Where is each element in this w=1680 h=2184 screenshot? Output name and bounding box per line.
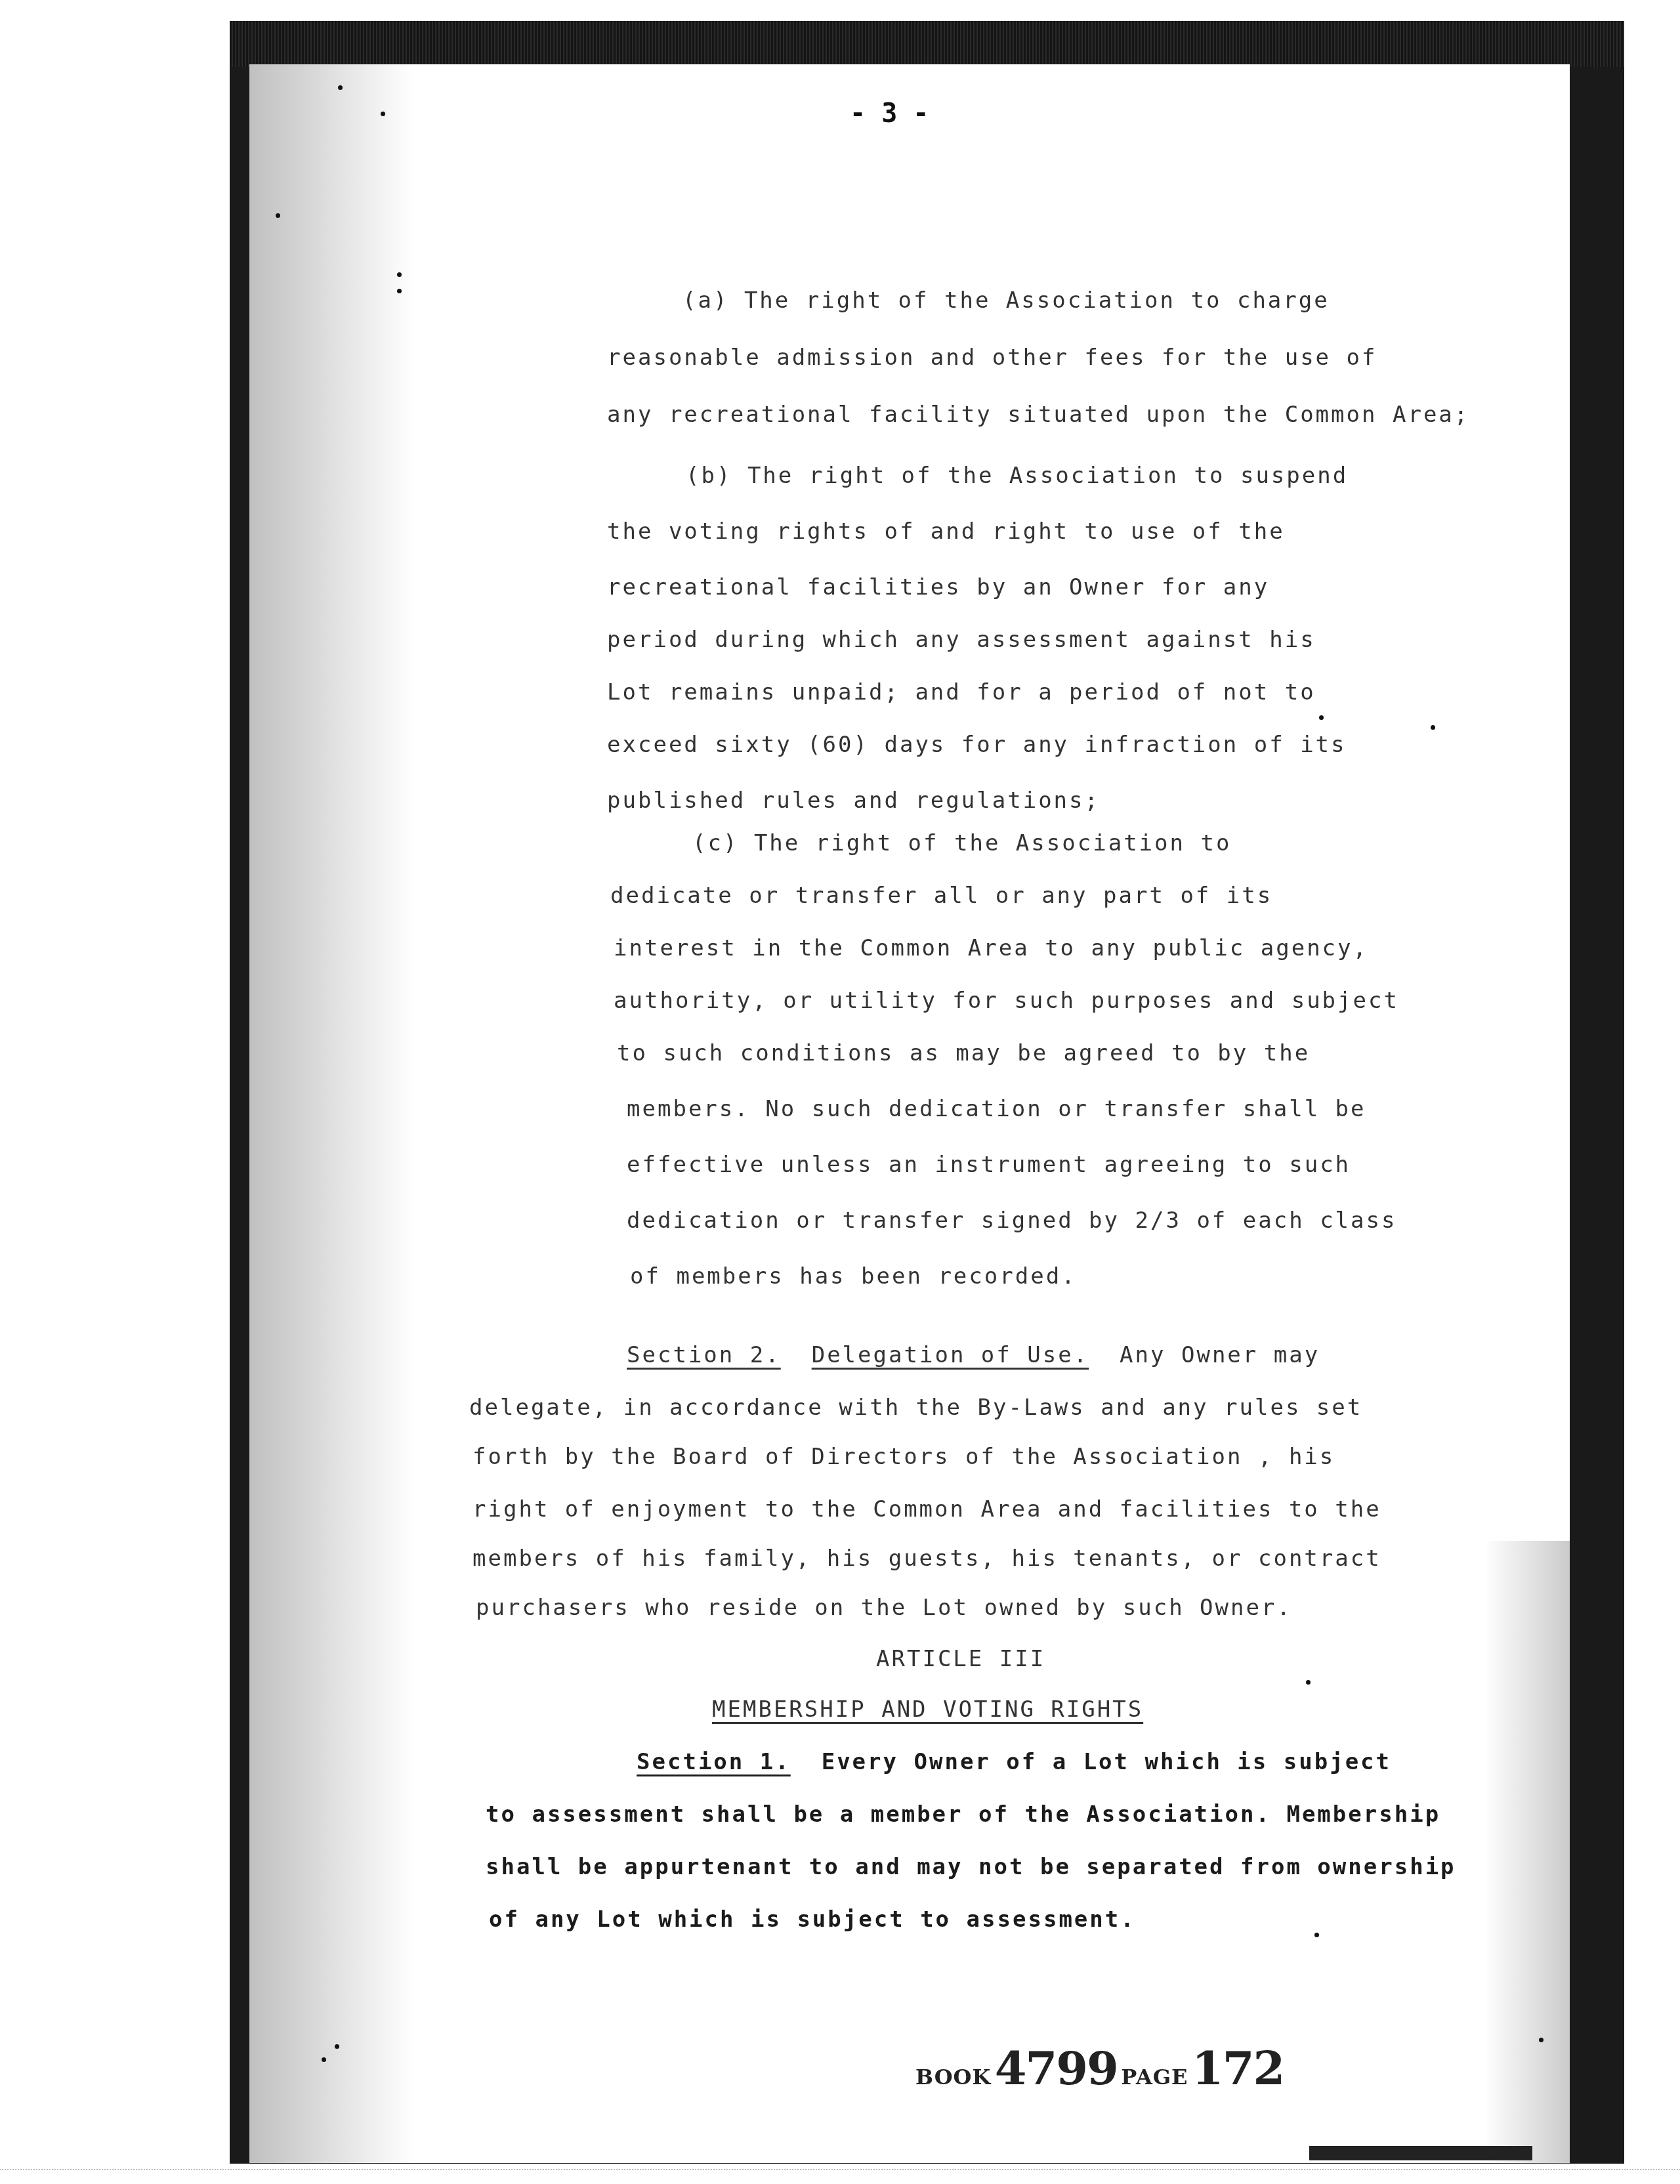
paragraph-c-line: dedicate or transfer all or any part of … (610, 883, 1272, 909)
section-2-label: Section 2. (627, 1342, 781, 1368)
article-section-1-label: Section 1. (637, 1749, 791, 1775)
paragraph-a-line: reasonable admission and other fees for … (607, 345, 1377, 371)
scan-speck (1431, 725, 1435, 730)
scan-speck (276, 213, 280, 218)
section-2-line: purchasers who reside on the Lot owned b… (476, 1595, 1292, 1621)
stamp-page-number: 172 (1192, 2041, 1284, 2095)
article-section-1-heading-line: Section 1. Every Owner of a Lot which is… (637, 1749, 1391, 1775)
paragraph-b-line: the voting rights of and right to use of… (607, 518, 1285, 545)
scan-speck (338, 85, 343, 90)
scan-frame-top-edge (230, 21, 1624, 67)
section-2-title: Delegation of Use. (812, 1342, 1089, 1368)
paragraph-a-line: (a) The right of the Association to char… (682, 287, 1330, 314)
scan-speck (1314, 1933, 1319, 1937)
article-subheading: MEMBERSHIP AND VOTING RIGHTS (712, 1696, 1143, 1723)
section-2-heading-line: Section 2. Delegation of Use. Any Owner … (627, 1342, 1320, 1368)
scan-speck (1319, 715, 1324, 720)
paragraph-c-line: interest in the Common Area to any publi… (614, 935, 1368, 961)
paragraph-c-line: of members has been recorded. (630, 1263, 1077, 1290)
section-2-line: members of his family, his guests, his t… (472, 1545, 1381, 1572)
scan-bottom-strip (1309, 2146, 1532, 2160)
article-section-1-line: to assessment shall be a member of the A… (486, 1801, 1440, 1828)
paragraph-b-line: exceed sixty (60) days for any infractio… (607, 732, 1347, 758)
paragraph-c-line: to such conditions as may be agreed to b… (617, 1040, 1310, 1066)
section-2-line: forth by the Board of Directors of the A… (472, 1444, 1335, 1470)
scan-speck (397, 272, 402, 277)
paragraph-c-line: effective unless an instrument agreeing … (627, 1152, 1351, 1178)
stamp-book-number: 4799 (995, 2041, 1118, 2095)
page-number: - 3 - (850, 98, 929, 129)
scan-speck (335, 2044, 339, 2049)
scan-speck (1306, 1680, 1311, 1685)
paragraph-b-line: Lot remains unpaid; and for a period of … (607, 679, 1316, 705)
scan-edge-dotline (0, 2169, 1680, 2172)
section-2-first-line: Any Owner may (1120, 1342, 1320, 1368)
stamp-book-label: BOOK (915, 2065, 991, 2089)
recording-stamp: BOOK 4799 PAGE 172 (915, 2041, 1284, 2095)
scan-speck (322, 2057, 326, 2062)
stamp-page-label: PAGE (1121, 2065, 1188, 2089)
article-section-1-line: shall be appurtenant to and may not be s… (486, 1854, 1456, 1880)
scan-speck (381, 112, 385, 116)
section-2-line: delegate, in accordance with the By-Laws… (469, 1395, 1362, 1421)
paragraph-b-line: recreational facilities by an Owner for … (607, 574, 1269, 600)
paragraph-c-line: (c) The right of the Association to (692, 830, 1231, 856)
paragraph-b-line: published rules and regulations; (607, 787, 1100, 814)
scan-speck (397, 289, 402, 293)
paragraph-b-line: period during which any assessment again… (607, 627, 1316, 653)
scan-speck (1539, 2038, 1543, 2042)
article-section-1-first-line: Every Owner of a Lot which is subject (822, 1749, 1391, 1775)
paragraph-a-line: any recreational facility situated upon … (607, 402, 1469, 428)
paragraph-b-line: (b) The right of the Association to susp… (686, 463, 1348, 489)
paragraph-c-line: members. No such dedication or transfer … (627, 1096, 1366, 1122)
paragraph-c-line: dedication or transfer signed by 2/3 of … (627, 1207, 1397, 1234)
paragraph-c-line: authority, or utility for such purposes … (614, 988, 1399, 1014)
article-section-1-line: of any Lot which is subject to assessmen… (489, 1906, 1136, 1933)
section-2-line: right of enjoyment to the Common Area an… (472, 1496, 1381, 1522)
article-heading: ARTICLE III (876, 1646, 1045, 1672)
